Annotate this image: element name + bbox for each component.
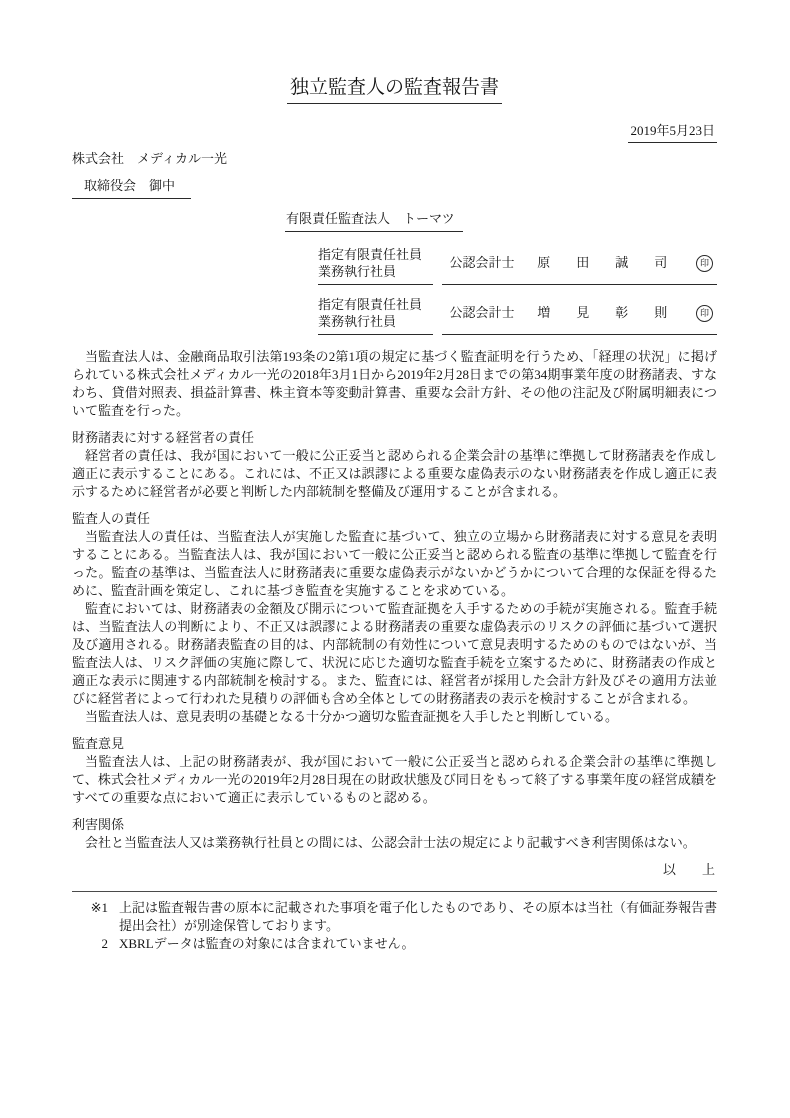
signature-name: 公認会計士 増見彰則 印	[442, 296, 717, 335]
role-line-2: 業務執行社員	[318, 263, 433, 280]
section-paragraph: 当監査法人の責任は、当監査法人が実施した監査に基づいて、独立の立場から財務諸表に…	[72, 528, 717, 600]
section-heading-management-responsibility: 財務諸表に対する経営者の責任	[72, 429, 717, 447]
signature-row-2: 指定有限責任社員 業務執行社員 公認会計士 増見彰則 印	[318, 296, 717, 335]
section-paragraph: 当監査法人は、上記の財務諸表が、我が国において一般に公正妥当と認められる企業会計…	[72, 753, 717, 807]
role-line-1: 指定有限責任社員	[318, 246, 433, 263]
cpa-name: 原田誠司	[537, 254, 693, 272]
section-paragraph: 当監査法人は、意見表明の基礎となる十分かつ適切な監査証拠を入手したと判断している…	[72, 708, 717, 726]
footnote-item: ※1 上記は監査報告書の原本に記載された事項を電子化したものであり、その原本は当…	[72, 899, 717, 935]
closing-mark: 以 上	[72, 861, 717, 879]
section-heading-interests: 利害関係	[72, 816, 717, 834]
section-paragraph: 監査においては、財務諸表の金額及び開示について監査証拠を入手するための手続が実施…	[72, 600, 717, 708]
report-date-text: 2019年5月23日	[628, 122, 717, 143]
report-date: 2019年5月23日	[72, 122, 717, 143]
addressee-company: 株式会社 メディカル一光	[72, 150, 717, 168]
cpa-name: 増見彰則	[537, 304, 693, 322]
footnote-divider	[72, 891, 717, 892]
page-title-text: 独立監査人の監査報告書	[287, 76, 502, 104]
signature-name: 公認会計士 原田誠司 印	[442, 246, 717, 285]
signature-row-1: 指定有限責任社員 業務執行社員 公認会計士 原田誠司 印	[318, 246, 717, 285]
signature-role: 指定有限責任社員 業務執行社員	[318, 296, 433, 335]
footnote-text: XBRLデータは監査の対象には含まれていません。	[119, 935, 717, 953]
section-paragraph: 経営者の責任は、我が国において一般に公正妥当と認められる企業会計の基準に準拠して…	[72, 447, 717, 501]
footnote-text: 上記は監査報告書の原本に記載された事項を電子化したものであり、その原本は当社（有…	[119, 899, 717, 935]
footnotes: ※1 上記は監査報告書の原本に記載された事項を電子化したものであり、その原本は当…	[72, 899, 717, 953]
cpa-title: 公認会計士	[450, 304, 515, 322]
seal-icon: 印	[696, 255, 713, 272]
role-line-2: 業務執行社員	[318, 313, 433, 330]
cpa-title: 公認会計士	[450, 254, 515, 272]
intro-paragraph: 当監査法人は、金融商品取引法第193条の2第1項の規定に基づく監査証明を行うため…	[72, 348, 717, 420]
section-paragraph: 会社と当監査法人又は業務執行社員との間には、公認会計士法の規定により記載すべき利…	[72, 834, 717, 852]
footnote-marker: ※1	[72, 899, 108, 935]
signature-block: 指定有限責任社員 業務執行社員 公認会計士 原田誠司 印 指定有限責任社員 業務…	[318, 246, 717, 335]
auditor-firm-text: 有限責任監査法人 トーマツ	[285, 210, 463, 232]
audit-report-page: 独立監査人の監査報告書 2019年5月23日 株式会社 メディカル一光 取締役会…	[0, 0, 790, 1118]
footnote-marker: 2	[72, 935, 108, 953]
role-line-1: 指定有限責任社員	[318, 296, 433, 313]
auditor-firm: 有限責任監査法人 トーマツ	[285, 210, 717, 232]
page-title: 独立監査人の監査報告書	[72, 76, 717, 104]
signature-role: 指定有限責任社員 業務執行社員	[318, 246, 433, 285]
footnote-item: 2 XBRLデータは監査の対象には含まれていません。	[72, 935, 717, 953]
seal-icon: 印	[696, 305, 713, 322]
report-body: 当監査法人は、金融商品取引法第193条の2第1項の規定に基づく監査証明を行うため…	[72, 348, 717, 879]
section-heading-auditor-responsibility: 監査人の責任	[72, 510, 717, 528]
seal-character: 印	[700, 259, 709, 268]
seal-character: 印	[700, 309, 709, 318]
addressee-board: 取締役会 御中	[72, 177, 717, 199]
section-heading-audit-opinion: 監査意見	[72, 735, 717, 753]
addressee-board-text: 取締役会 御中	[72, 177, 191, 199]
